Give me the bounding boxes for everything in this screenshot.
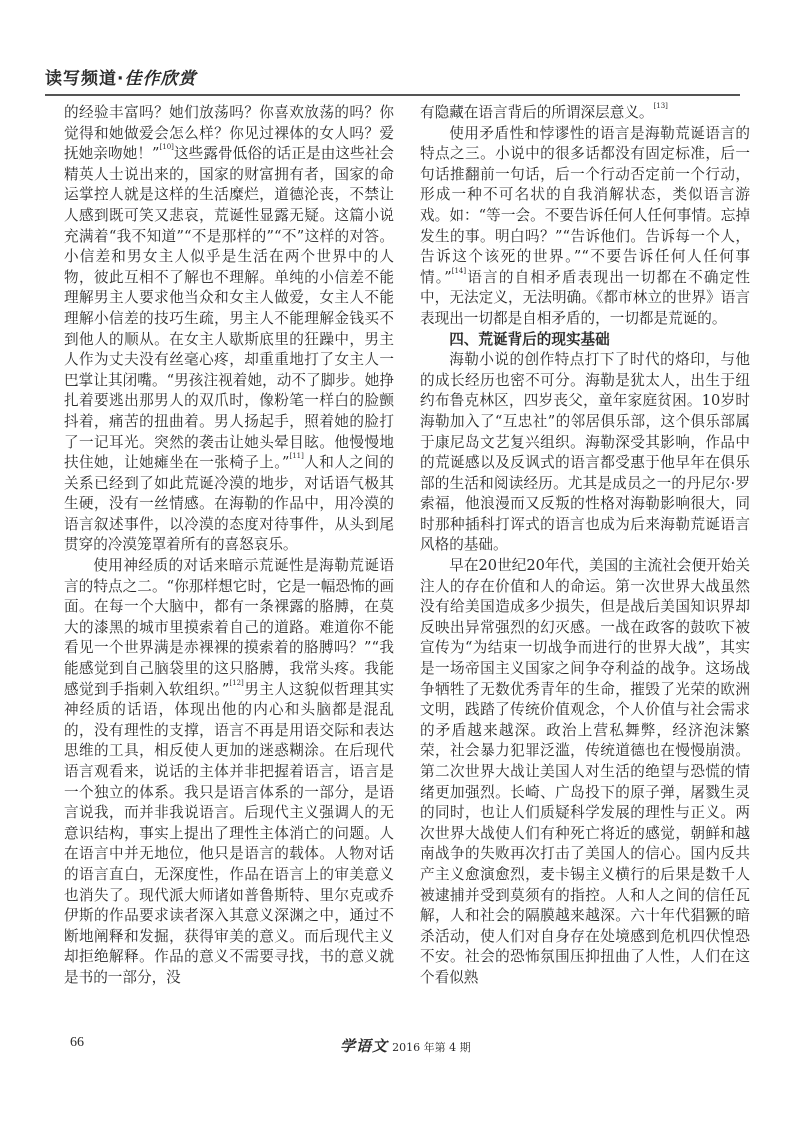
- journal-name: 学语文: [340, 1037, 388, 1055]
- text: 有隐藏在语言背后的所谓深层意义。: [420, 104, 654, 121]
- paragraph: 使用矛盾性和悖谬性的语言是海勒荒诞语言的特点之三。小说中的很多话都没有固定标准，…: [420, 124, 750, 330]
- text: 使用矛盾性和悖谬性的语言是海勒荒诞语言的特点之三。小说中的很多话都没有固定标准，…: [420, 125, 750, 286]
- page-number: 66: [70, 1035, 84, 1051]
- footnote-ref[interactable]: [13]: [654, 102, 668, 110]
- text: 这些露骨低俗的话正是由这些社会精英人士说出来的，国家的财富拥有者，国家的命运掌控…: [64, 145, 394, 471]
- subsection-name: 佳作欣赏: [124, 69, 196, 89]
- section-heading: 四、荒诞背后的现实基础: [420, 330, 750, 351]
- right-column: 有隐藏在语言背后的所谓深层意义。[13] 使用矛盾性和悖谬性的语言是海勒荒诞语言…: [420, 103, 750, 989]
- footnote-ref[interactable]: [10]: [160, 143, 174, 151]
- text: 语言的自相矛盾表现出一切都在不确定性中，无法定义，无法明确。《都市林立的世界》语…: [420, 269, 750, 327]
- footnote-ref[interactable]: [14]: [452, 267, 466, 275]
- running-header: 读写频道·佳作欣赏: [45, 68, 740, 90]
- paragraph: 有隐藏在语言背后的所谓深层意义。[13]: [420, 103, 750, 124]
- paragraph: 早在20世纪20年代，美国的主流社会便开始关注人的存在价值和人的命运。第一次世界…: [420, 556, 750, 988]
- section-title: 读写频道·佳作欣赏: [45, 69, 196, 89]
- text: 男主人这貌似哲理其实神经质的话语，体现出他的内心和头脑都是混乱的，没有理性的支撑…: [64, 681, 394, 986]
- paragraph: 使用神经质的对话来暗示荒诞性是海勒荒诞语言的特点之二。“你那样想它时，它是一幅恐…: [64, 556, 394, 988]
- text: 使用神经质的对话来暗示荒诞性是海勒荒诞语言的特点之二。“你那样想它时，它是一幅恐…: [64, 557, 394, 698]
- footnote-ref[interactable]: [12]: [229, 679, 243, 687]
- footnote-ref[interactable]: [11]: [289, 452, 303, 460]
- journal-info: 学语文 2016 年第 4 期: [340, 1035, 471, 1056]
- header-rule: [45, 94, 740, 96]
- left-column: 的经验丰富吗？她们放荡吗？你喜欢放荡的吗？你觉得和她做爱会怎么样？你见过裸体的女…: [64, 103, 394, 989]
- paragraph: 的经验丰富吗？她们放荡吗？你喜欢放荡的吗？你觉得和她做爱会怎么样？你见过裸体的女…: [64, 103, 394, 556]
- paragraph: 海勒小说的创作特点打下了时代的烙印，与他的成长经历也密不可分。海勒是犹太人，出生…: [420, 350, 750, 556]
- issue-number: 2016 年第 4 期: [392, 1041, 470, 1054]
- section-name: 读写频道: [45, 69, 117, 89]
